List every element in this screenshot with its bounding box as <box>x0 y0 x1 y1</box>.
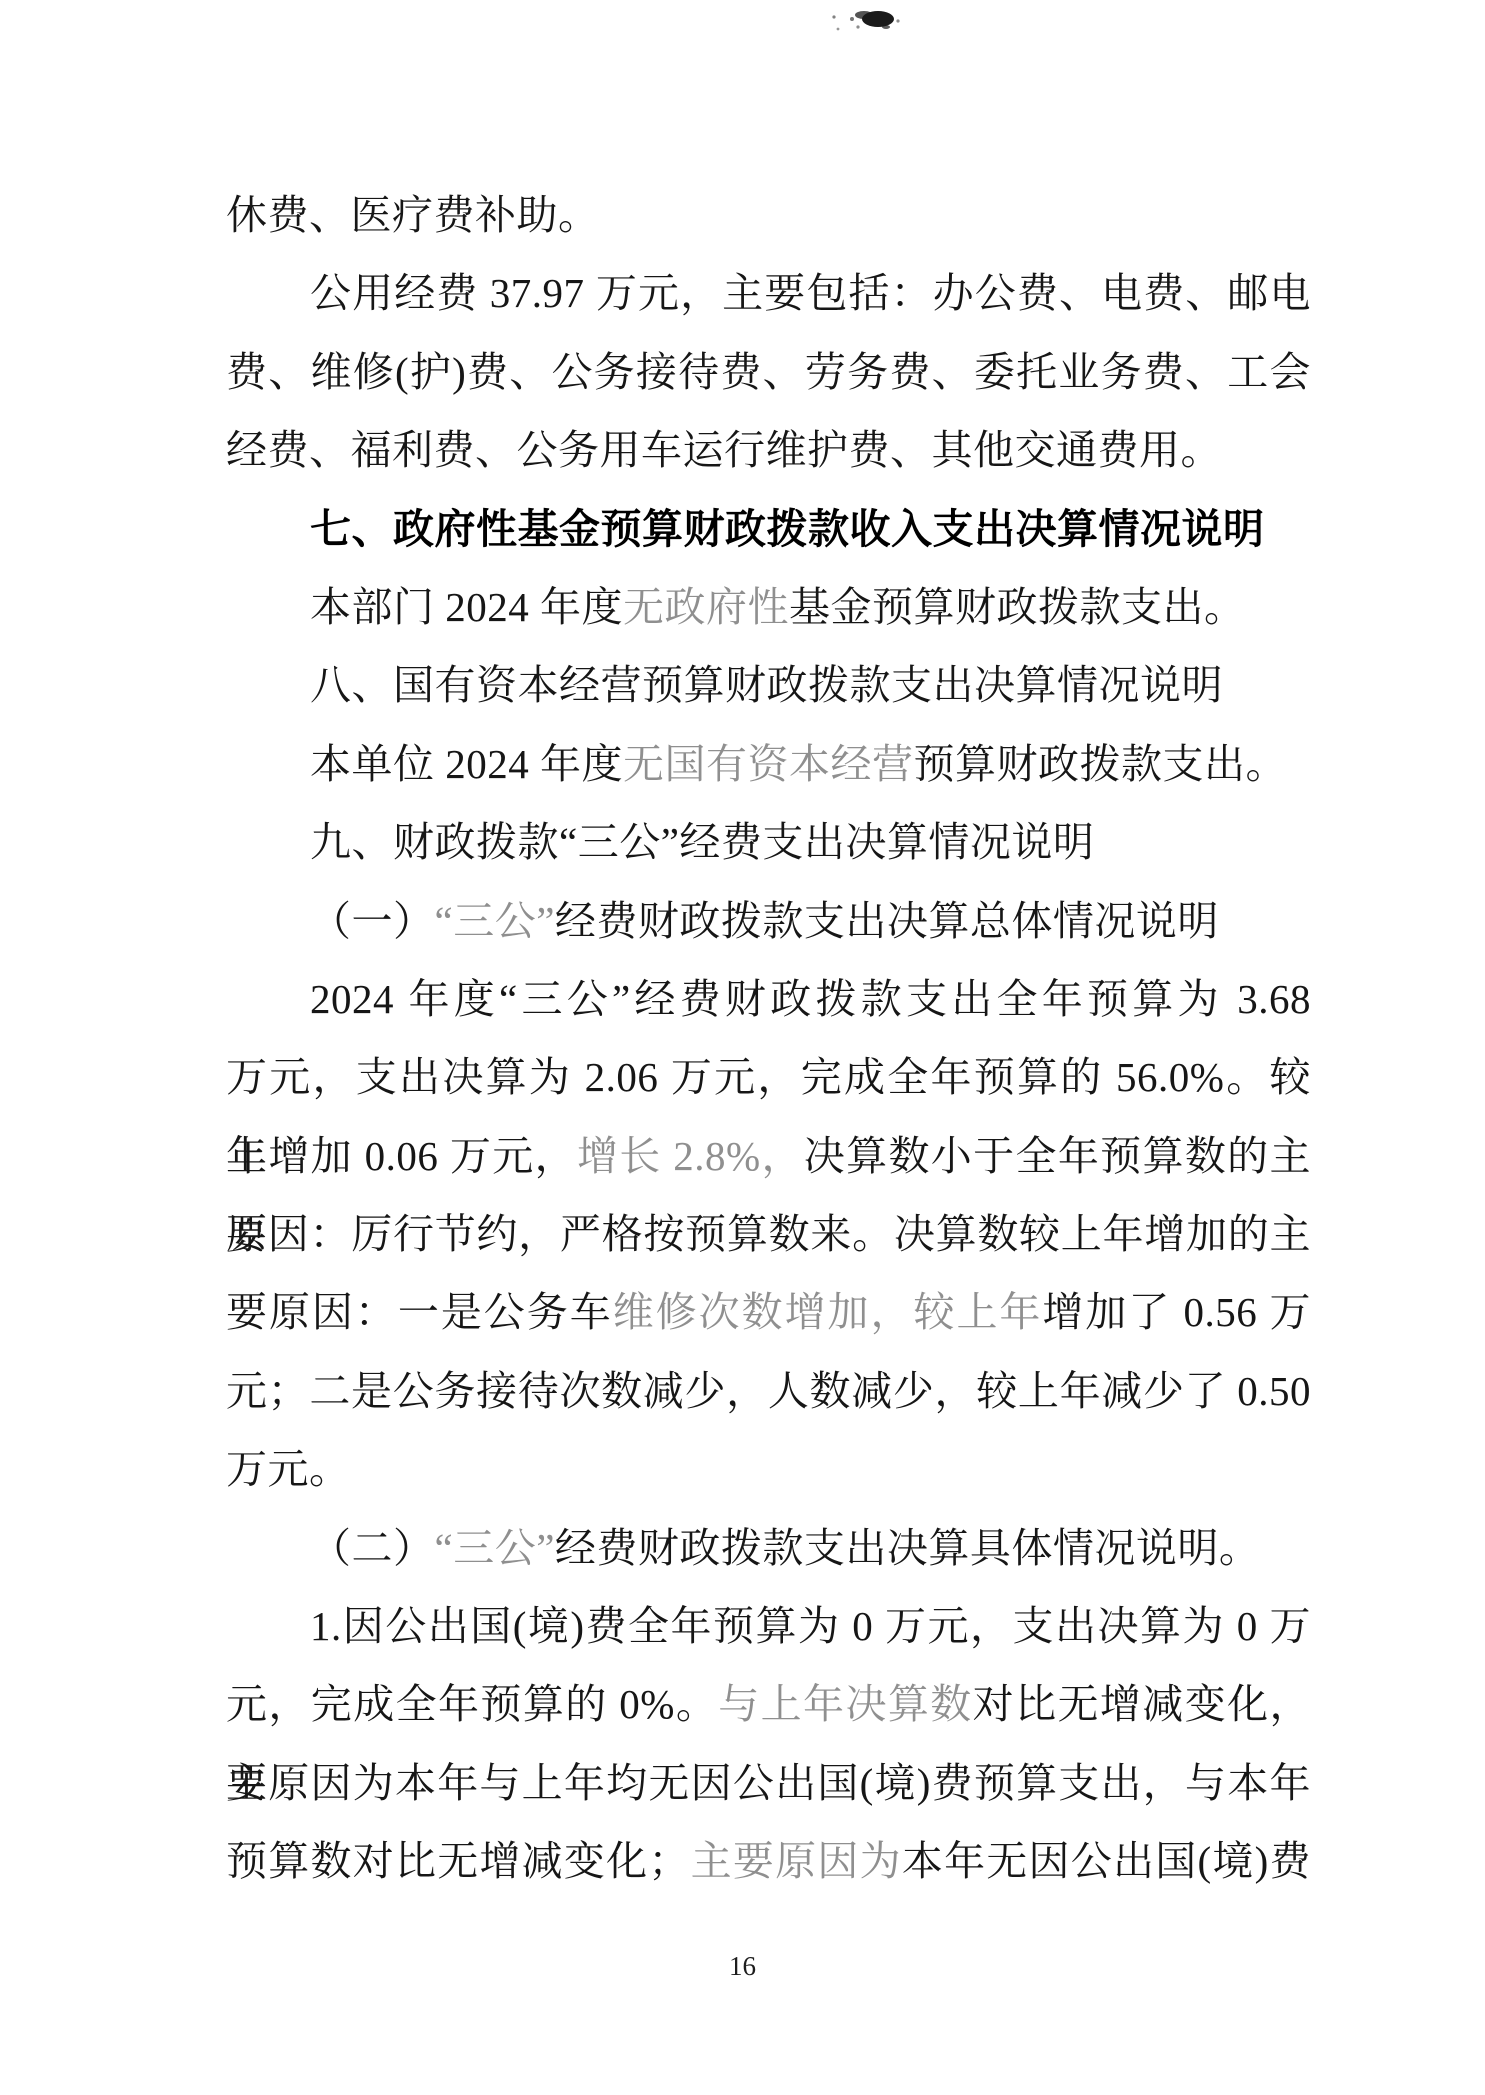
text-segment: 经费、福利费、公务用车运行维护费、其他交通费用。 <box>226 427 1222 473</box>
text-segment: 增加了 0.56 万 <box>1042 1289 1311 1335</box>
text-line: （一）“三公”经费财政拨款支出决算总体情况说明 <box>226 882 1311 960</box>
text-segment: 主要原因为 <box>690 1838 902 1884</box>
text-block: 休费、医疗费补助。公用经费 37.97 万元，主要包括：办公费、电费、邮电费、维… <box>226 176 1311 1901</box>
text-segment: 要原因为本年与上年均无因公出国(境)费预算支出，与本年 <box>226 1760 1311 1806</box>
text-line: 要原因：一是公务车维修次数增加，较上年增加了 0.56 万 <box>226 1273 1311 1351</box>
text-segment: （一） <box>310 898 435 944</box>
text-line: 2024 年度“三公”经费财政拨款支出全年预算为 3.68 <box>226 960 1311 1038</box>
text-segment: 基金预算财政拨款支出。 <box>789 584 1246 630</box>
text-segment: 本部门 2024 年度 <box>310 584 623 630</box>
text-line: 预算数对比无增减变化；主要原因为本年无因公出国(境)费 <box>226 1822 1311 1900</box>
text-segment: 本年无因公出国(境)费 <box>902 1838 1311 1884</box>
text-segment: 1.因公出国(境)费全年预算为 0 万元，支出决算为 0 万 <box>310 1603 1311 1649</box>
text-line: 经费、福利费、公务用车运行维护费、其他交通费用。 <box>226 411 1311 489</box>
text-segment: 经费财政拨款支出决算总体情况说明 <box>555 898 1219 944</box>
page-number: 16 <box>0 1946 1485 1986</box>
section-heading: 七、政府性基金预算财政拨款收入支出决算情况说明 <box>226 490 1311 568</box>
text-segment: 元；二是公务接待次数减少，人数减少，较上年减少了 0.50 <box>226 1368 1311 1414</box>
text-segment: 本单位 2024 年度 <box>310 741 623 787</box>
text-segment: 万元。 <box>226 1446 351 1492</box>
text-line: 元；二是公务接待次数减少，人数减少，较上年减少了 0.50 <box>226 1352 1311 1430</box>
text-line: 万元。 <box>226 1430 1311 1508</box>
text-line: 万元，支出决算为 2.06 万元，完成全年预算的 56.0%。较上 <box>226 1038 1311 1116</box>
text-line: 八、国有资本经营预算财政拨款支出决算情况说明 <box>226 646 1311 724</box>
text-segment: 无国有资本经营 <box>623 741 914 787</box>
text-line: 费、维修(护)费、公务接待费、劳务费、委托业务费、工会 <box>226 333 1311 411</box>
text-segment: （二） <box>310 1525 435 1571</box>
text-line: （二）“三公”经费财政拨款支出决算具体情况说明。 <box>226 1509 1311 1587</box>
text-line: 九、财政拨款“三公”经费支出决算情况说明 <box>226 803 1311 881</box>
text-segment: 要原因：一是公务车 <box>226 1289 613 1335</box>
text-segment: 八、国有资本经营预算财政拨款支出决算情况说明 <box>310 662 1223 708</box>
text-segment: 增长 2.8%， <box>577 1133 804 1179</box>
text-line: 原因：厉行节约，严格按预算数来。决算数较上年增加的主 <box>226 1195 1311 1273</box>
text-segment: 九、财政拨款“三公”经费支出决算情况说明 <box>310 819 1094 865</box>
text-line: 元，完成全年预算的 0%。与上年决算数对比无增减变化，主 <box>226 1665 1311 1743</box>
text-segment: 预算财政拨款支出。 <box>914 741 1288 787</box>
text-line: 要原因为本年与上年均无因公出国(境)费预算支出，与本年 <box>226 1744 1311 1822</box>
text-line: 年增加 0.06 万元，增长 2.8%，决算数小于全年预算数的主要 <box>226 1117 1311 1195</box>
text-segment: 与上年决算数 <box>718 1681 972 1727</box>
text-segment: 原因：厉行节约，严格按预算数来。决算数较上年增加的主 <box>226 1211 1311 1257</box>
text-segment: 维修次数增加，较上年 <box>613 1289 1043 1335</box>
text-segment: “三公” <box>435 898 555 944</box>
text-line: 本部门 2024 年度无政府性基金预算财政拨款支出。 <box>226 568 1311 646</box>
text-segment: 预算数对比无增减变化； <box>226 1838 690 1884</box>
text-line: 休费、医疗费补助。 <box>226 176 1311 254</box>
text-segment: 经费财政拨款支出决算具体情况说明。 <box>555 1525 1261 1571</box>
text-segment: 费、维修(护)费、公务接待费、劳务费、委托业务费、工会 <box>226 349 1311 395</box>
text-line: 公用经费 37.97 万元，主要包括：办公费、电费、邮电 <box>226 254 1311 332</box>
text-segment: 七、政府性基金预算财政拨款收入支出决算情况说明 <box>310 506 1265 552</box>
text-segment: 元，完成全年预算的 0%。 <box>226 1681 718 1727</box>
ink-smudge-artifact <box>822 5 914 39</box>
document-page: 休费、医疗费补助。公用经费 37.97 万元，主要包括：办公费、电费、邮电费、维… <box>0 0 1485 2095</box>
text-segment: 年增加 0.06 万元， <box>226 1133 577 1179</box>
text-line: 本单位 2024 年度无国有资本经营预算财政拨款支出。 <box>226 725 1311 803</box>
text-segment: 公用经费 37.97 万元，主要包括：办公费、电费、邮电 <box>310 270 1311 316</box>
text-line: 1.因公出国(境)费全年预算为 0 万元，支出决算为 0 万 <box>226 1587 1311 1665</box>
text-segment: 2024 年度“三公”经费财政拨款支出全年预算为 3.68 <box>310 976 1311 1022</box>
text-segment: “三公” <box>435 1525 555 1571</box>
text-segment: 休费、医疗费补助。 <box>226 192 600 238</box>
text-segment: 无政府性 <box>623 584 789 630</box>
